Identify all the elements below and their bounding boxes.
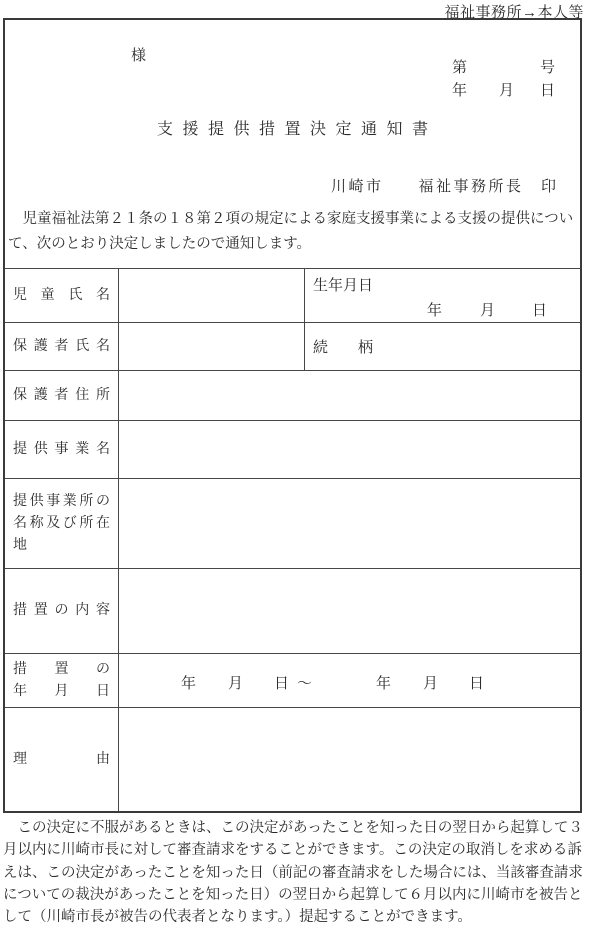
guardian-name-label: 保護者氏名 xyxy=(13,336,110,358)
birthdate-month-label: 月 xyxy=(480,299,495,320)
appeal-notice-line: についての裁決があったことを知った日）の翌日から起算して６月以内に川崎市を被告と xyxy=(3,884,589,906)
office-name-label-line2: 名称及び所在地 xyxy=(13,513,110,557)
birthdate-year-label: 年 xyxy=(427,299,442,320)
appeal-notice-paragraph: この決定に不服があるときは、この決定があったことを知った日の翌日から起算して３ … xyxy=(3,817,589,928)
measure-content-label-cell: 措置の内容 xyxy=(5,569,119,653)
reason-label: 理由 xyxy=(13,749,110,771)
intro-line: て、次のとおり決定しましたので通知します。 xyxy=(8,232,579,257)
intro-line: 児童福祉法第２１条の１８第２項の規定による家庭支援事業による支援の提供につい xyxy=(8,207,579,232)
period-end-month-label: 月 xyxy=(423,672,438,693)
intro-paragraph: 児童福祉法第２１条の１８第２項の規定による家庭支援事業による支援の提供につい て… xyxy=(8,207,579,257)
measure-date-row: 措置の 年月日 年 月 日 ～ 年 月 日 xyxy=(5,654,580,708)
measure-date-label-line2: 年月日 xyxy=(13,681,110,703)
document-title: 支援提供措置決定通知書 xyxy=(5,116,580,139)
appeal-notice-line: えは、この決定があったことを知った日（前記の審査請求をした場合には、当該審査請求 xyxy=(3,862,589,884)
document-border-box: 様 第 号 年 月 日 支援提供措置決定通知書 川崎市 福祉事務所長 印 児童福… xyxy=(3,18,582,813)
guardian-address-label: 保護者住所 xyxy=(13,385,110,407)
reason-row: 理由 xyxy=(5,708,580,811)
guardian-name-label-cell: 保護者氏名 xyxy=(5,323,119,370)
period-start-month-label: 月 xyxy=(228,672,243,693)
form-table: 児童氏名 生年月日 年 月 日 保護者氏名 続 柄 保護者住所 xyxy=(5,268,580,811)
measure-content-label: 措置の内容 xyxy=(13,600,110,622)
birthdate-day-label: 日 xyxy=(532,299,547,320)
period-start-year-label: 年 xyxy=(181,672,196,693)
office-name-label-cell: 提供事業所の 名称及び所在地 xyxy=(5,479,119,568)
child-name-value-cell xyxy=(119,269,305,322)
appeal-notice-line: して（川崎市長が被告の代表者となります。）提起することができます。 xyxy=(3,906,589,928)
period-end-day-label: 日 xyxy=(469,672,484,693)
measure-content-value-cell xyxy=(119,569,580,653)
office-name-value-cell xyxy=(119,479,580,568)
business-name-value-cell xyxy=(119,421,580,478)
birthdate-label: 生年月日 xyxy=(313,274,373,295)
period-tilde: ～ xyxy=(297,672,312,693)
doc-number-suffix: 号 xyxy=(540,56,555,77)
measure-date-label-line1: 措置の xyxy=(13,659,110,681)
period-start-day-label: 日 xyxy=(274,672,289,693)
reason-label-cell: 理由 xyxy=(5,708,119,811)
measure-date-label-cell: 措置の 年月日 xyxy=(5,654,119,707)
birthdate-cell: 生年月日 年 月 日 xyxy=(305,269,580,322)
appeal-notice-line: この決定に不服があるときは、この決定があったことを知った日の翌日から起算して３ xyxy=(3,817,589,839)
business-name-row: 提供事業名 xyxy=(5,421,580,479)
business-name-label: 提供事業名 xyxy=(13,439,110,461)
child-name-label: 児童氏名 xyxy=(13,285,110,307)
business-name-label-cell: 提供事業名 xyxy=(5,421,119,478)
addressee-suffix: 様 xyxy=(131,44,146,65)
guardian-address-row: 保護者住所 xyxy=(5,371,580,421)
guardian-name-row: 保護者氏名 続 柄 xyxy=(5,323,580,371)
doc-date-year-label: 年 xyxy=(452,79,467,100)
guardian-address-label-cell: 保護者住所 xyxy=(5,371,119,420)
measure-period-cell: 年 月 日 ～ 年 月 日 xyxy=(119,654,580,707)
doc-date-month-label: 月 xyxy=(499,79,514,100)
doc-date-day-label: 日 xyxy=(540,79,555,100)
guardian-name-value-cell xyxy=(119,323,305,370)
measure-content-row: 措置の内容 xyxy=(5,569,580,654)
guardian-address-value-cell xyxy=(119,371,580,420)
office-name-label-line1: 提供事業所の xyxy=(13,491,110,513)
relationship-cell: 続 柄 xyxy=(305,323,580,370)
issuer-line: 川崎市 福祉事務所長 印 xyxy=(331,175,559,196)
office-name-row: 提供事業所の 名称及び所在地 xyxy=(5,479,580,569)
reason-value-cell xyxy=(119,708,580,811)
child-name-row: 児童氏名 生年月日 年 月 日 xyxy=(5,269,580,323)
doc-number-prefix: 第 xyxy=(452,56,467,77)
relationship-label: 続 柄 xyxy=(313,336,373,357)
period-end-year-label: 年 xyxy=(376,672,391,693)
appeal-notice-line: 月以内に川崎市長に対して審査請求をすることができます。この決定の取消しを求める訴 xyxy=(3,839,589,861)
child-name-label-cell: 児童氏名 xyxy=(5,269,119,322)
